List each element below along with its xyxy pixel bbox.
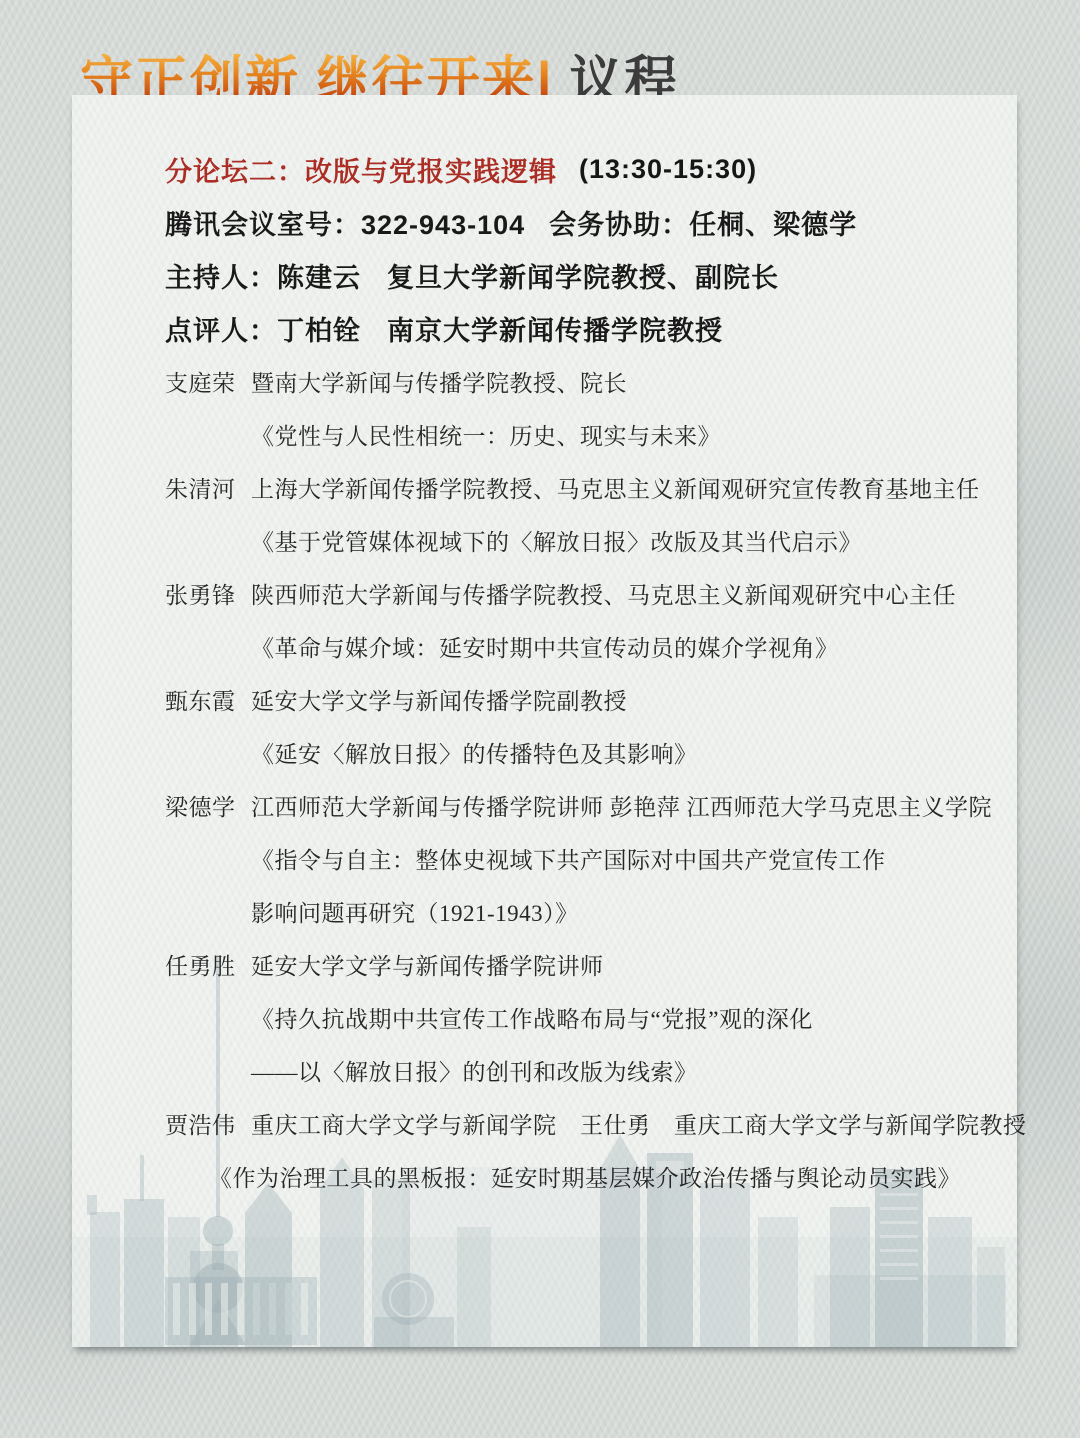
commentator-name: 丁柏铨 bbox=[277, 309, 361, 348]
paper-title: 《持久抗战期中共宣传工作战略布局与“党报”观的深化 bbox=[165, 991, 995, 1044]
paper-title-continued: ——以〈解放日报〉的创刊和改版为线索》 bbox=[165, 1044, 995, 1097]
speaker-affiliation: 上海大学新闻传播学院教授、马克思主义新闻观研究宣传教育基地主任 bbox=[251, 471, 980, 504]
host-name: 陈建云 bbox=[277, 256, 361, 295]
paper-title: 《作为治理工具的黑板报：延安时期基层媒介政治传播与舆论动员实践》 bbox=[165, 1150, 995, 1203]
speaker-row: 朱清河 上海大学新闻传播学院教授、马克思主义新闻观研究宣传教育基地主任 bbox=[165, 461, 995, 514]
meeting-room: 腾讯会议室号：322-943-104 bbox=[165, 203, 525, 242]
speaker-name: 朱清河 bbox=[165, 471, 251, 504]
speaker-name: 支庭荣 bbox=[165, 365, 251, 398]
speaker-name: 梁德学 bbox=[165, 789, 251, 822]
speaker-name: 甄东霞 bbox=[165, 683, 251, 716]
speaker-name: 任勇胜 bbox=[165, 948, 251, 981]
speaker-affiliation: 暨南大学新闻与传播学院教授、院长 bbox=[251, 365, 627, 398]
commentator-label: 点评人： bbox=[165, 309, 277, 348]
host-label: 主持人： bbox=[165, 256, 277, 295]
assistants: 会务协助：任桐、梁德学 bbox=[549, 203, 857, 242]
speaker-affiliation: 延安大学文学与新闻传播学院讲师 bbox=[251, 948, 604, 981]
paper-title: 《革命与媒介域：延安时期中共宣传动员的媒介学视角》 bbox=[165, 620, 995, 673]
speaker-row: 梁德学 江西师范大学新闻与传播学院讲师 彭艳萍 江西师范大学马克思主义学院 bbox=[165, 779, 995, 832]
speaker-row: 支庭荣 暨南大学新闻与传播学院教授、院长 bbox=[165, 355, 995, 408]
paper-title: 《党性与人民性相统一：历史、现实与未来》 bbox=[165, 408, 995, 461]
paper-title: 《延安〈解放日报〉的传播特色及其影响》 bbox=[165, 726, 995, 779]
commentator-line: 点评人： 丁柏铨 南京大学新闻传播学院教授 bbox=[165, 302, 995, 355]
commentator-affiliation: 南京大学新闻传播学院教授 bbox=[387, 309, 723, 348]
host-line: 主持人： 陈建云 复旦大学新闻学院教授、副院长 bbox=[165, 249, 995, 302]
paper-title: 《基于党管媒体视域下的〈解放日报〉改版及其当代启示》 bbox=[165, 514, 995, 567]
agenda-content: 分论坛二：改版与党报实践逻辑 (13:30-15:30) 腾讯会议室号：322-… bbox=[165, 143, 995, 1203]
speaker-name: 张勇锋 bbox=[165, 577, 251, 610]
speaker-row: 甄东霞 延安大学文学与新闻传播学院副教授 bbox=[165, 673, 995, 726]
speaker-affiliation: 重庆工商大学文学与新闻学院 王仕勇 重庆工商大学文学与新闻学院教授 bbox=[251, 1107, 1027, 1140]
session-time: (13:30-15:30) bbox=[579, 154, 757, 185]
meeting-info-line: 腾讯会议室号：322-943-104 会务协助：任桐、梁德学 bbox=[165, 196, 995, 249]
paper-title: 《指令与自主：整体史视域下共产国际对中国共产党宣传工作 bbox=[165, 832, 995, 885]
forum-heading-line: 分论坛二：改版与党报实践逻辑 (13:30-15:30) bbox=[165, 143, 995, 196]
paper-title-continued: 影响问题再研究（1921-1943）》 bbox=[165, 885, 995, 938]
speaker-affiliation: 江西师范大学新闻与传播学院讲师 彭艳萍 江西师范大学马克思主义学院 bbox=[251, 789, 992, 822]
speaker-affiliation: 陕西师范大学新闻与传播学院教授、马克思主义新闻观研究中心主任 bbox=[251, 577, 956, 610]
forum-heading: 分论坛二：改版与党报实践逻辑 bbox=[165, 150, 557, 189]
speaker-row: 任勇胜 延安大学文学与新闻传播学院讲师 bbox=[165, 938, 995, 991]
agenda-card: 分论坛二：改版与党报实践逻辑 (13:30-15:30) 腾讯会议室号：322-… bbox=[72, 95, 1017, 1347]
host-affiliation: 复旦大学新闻学院教授、副院长 bbox=[387, 256, 779, 295]
speaker-affiliation: 延安大学文学与新闻传播学院副教授 bbox=[251, 683, 627, 716]
speaker-name: 贾浩伟 bbox=[165, 1107, 251, 1140]
speaker-row: 贾浩伟 重庆工商大学文学与新闻学院 王仕勇 重庆工商大学文学与新闻学院教授 bbox=[165, 1097, 995, 1150]
speaker-row: 张勇锋 陕西师范大学新闻与传播学院教授、马克思主义新闻观研究中心主任 bbox=[165, 567, 995, 620]
